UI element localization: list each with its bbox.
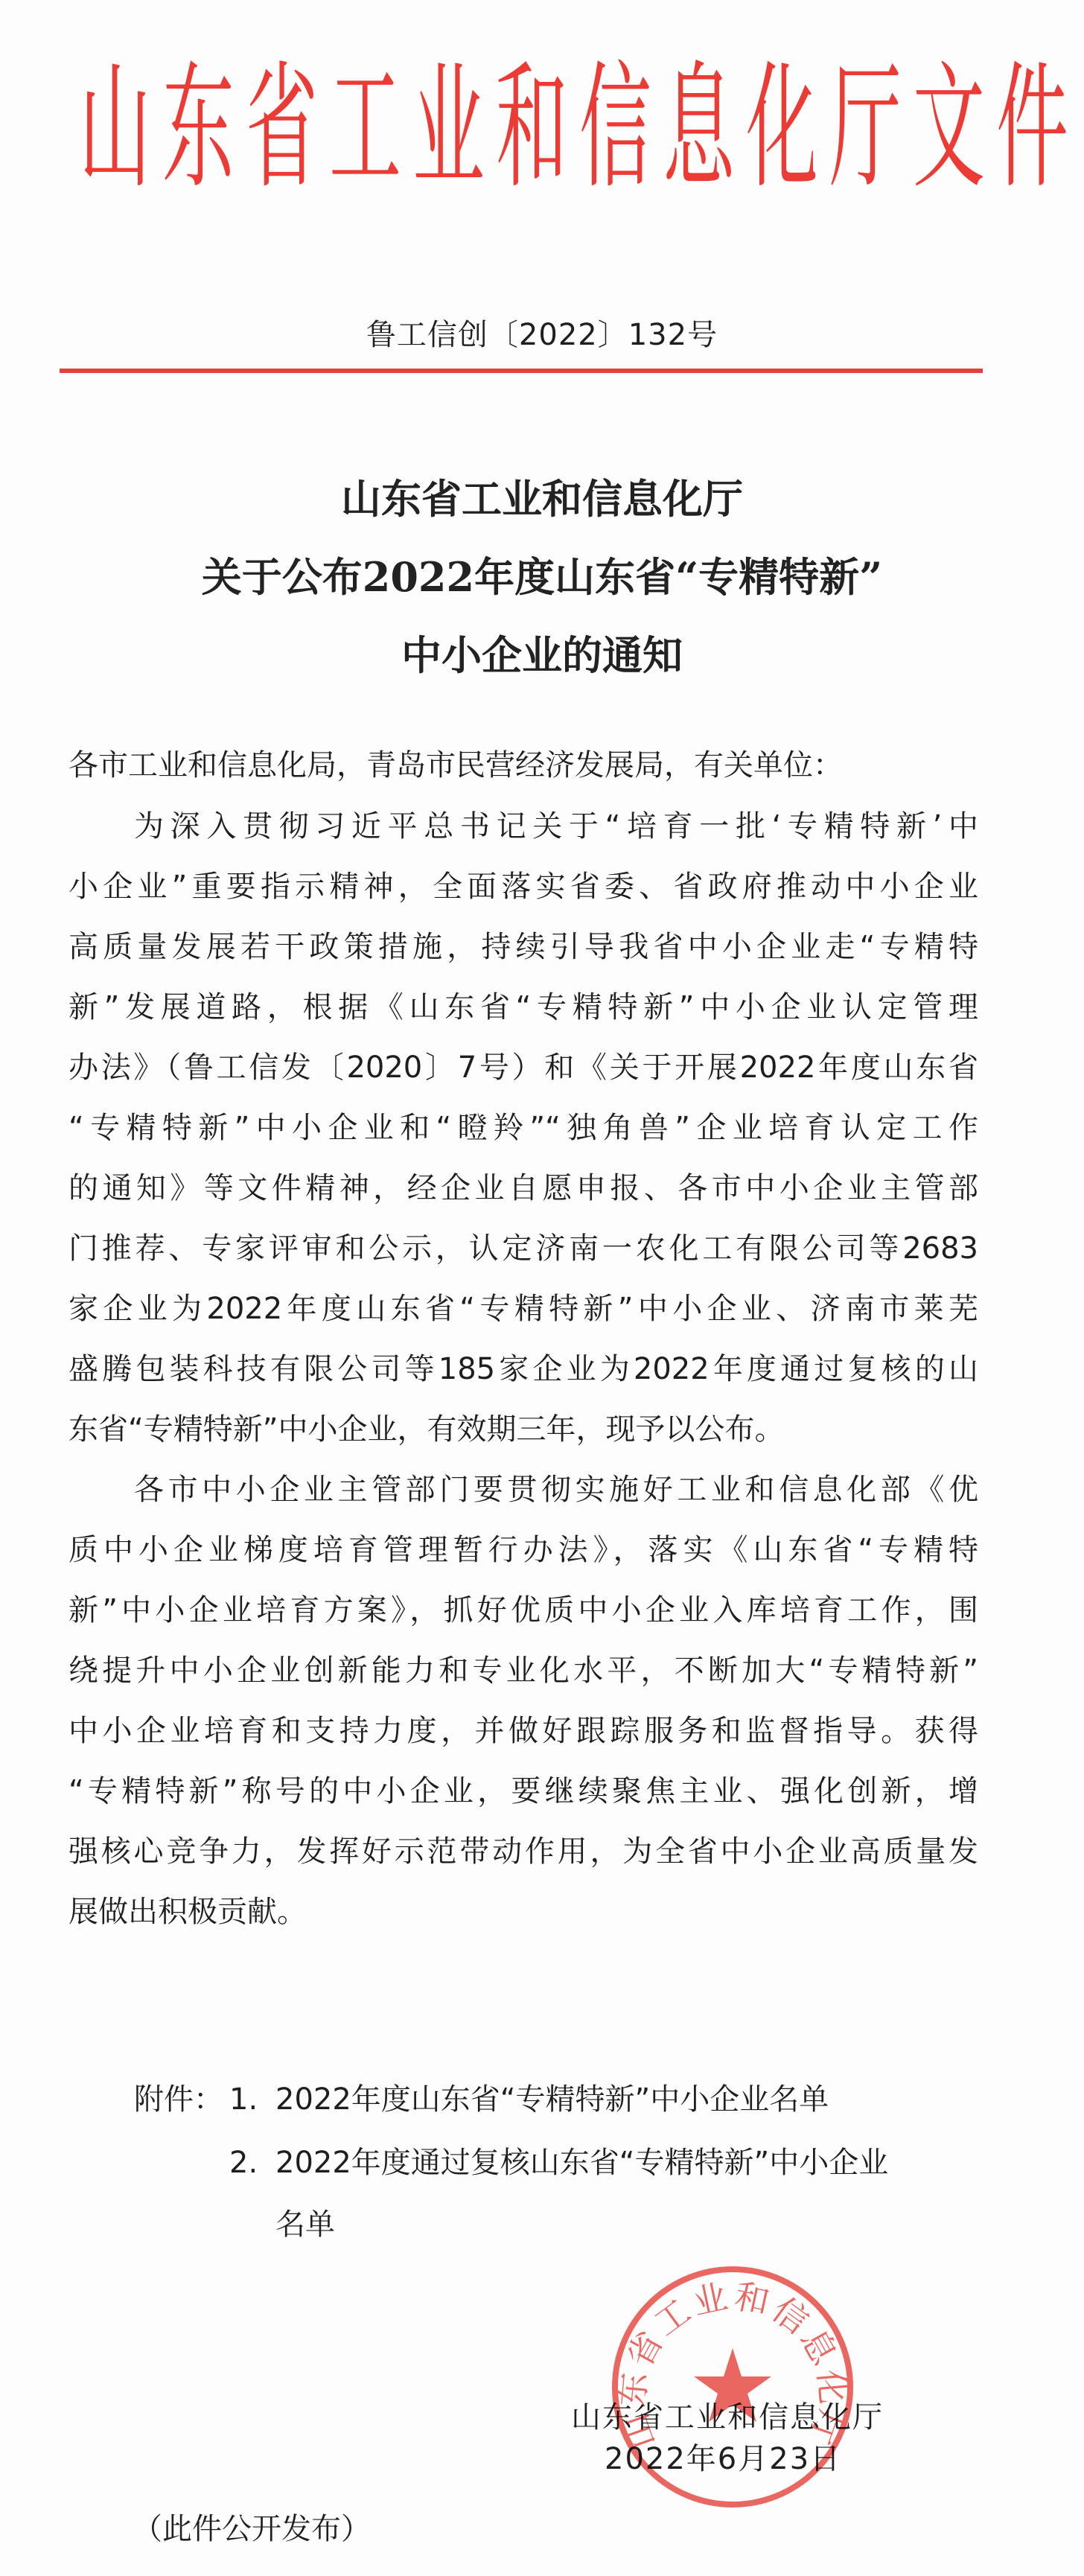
body-line: 新”发展道路，根据《山东省“专精特新”中小企业认定管理: [68, 989, 978, 1026]
seal-star-icon: [694, 2348, 771, 2422]
attachment-2-number: 2.: [229, 2144, 258, 2181]
body-line: 小企业”重要指示精神，全面落实省委、省政府推动中小企业: [68, 868, 978, 905]
official-seal-stamp: 山东省工业和信息化厅: [610, 2265, 855, 2509]
masthead-char: 信: [579, 60, 648, 196]
body-line: 盛腾包装科技有限公司等185家企业为2022年度通过复核的山: [68, 1351, 978, 1388]
headline-line-3: 中小企业的通知: [0, 633, 1084, 678]
masthead-char: 件: [996, 60, 1065, 196]
body-line: 绕提升中小企业创新能力和专业化水平，不断加大“专精特新”: [68, 1652, 978, 1689]
masthead-char: 省: [246, 60, 314, 196]
body-line: 为深入贯彻习近平总书记关于“培育一批‘专精特新’中: [134, 808, 978, 845]
masthead-char: 东: [162, 60, 231, 196]
attachment-1-number: 1.: [229, 2081, 258, 2118]
body-line: 新”中小企业培育方案》，抓好优质中小企业入库培育工作，围: [68, 1592, 978, 1629]
masthead-title: 山 东 省 工 业 和 信 息 化 厅 文 件: [71, 58, 974, 197]
masthead-char: 息: [663, 60, 731, 196]
body-line: 中小企业培育和支持力度，并做好跟踪服务和监督指导。获得: [68, 1712, 978, 1750]
headline-line-2: 关于公布2022年度山东省“专精特新”: [0, 555, 1084, 599]
public-release-note: （此件公开发布）: [133, 2510, 371, 2548]
masthead-char: 和: [496, 60, 564, 196]
masthead-char: 工: [329, 60, 398, 196]
body-line: “专精特新”称号的中小企业，要继续聚焦主业、强化创新，增: [68, 1773, 978, 1810]
body-line: 强核心竞争力，发挥好示范带动作用，为全省中小企业高质量发: [68, 1833, 978, 1870]
body-line: 门推荐、专家评审和公示，认定济南一农化工有限公司等2683: [68, 1230, 978, 1267]
document-page: 山 东 省 工 业 和 信 息 化 厅 文 件 鲁工信创〔2022〕132号 山…: [0, 0, 1084, 2576]
attachment-2-title: 2022年度通过复核山东省“专精特新”中小企业: [275, 2144, 888, 2181]
body-line: 的通知》等文件精神，经企业自愿申报、各市中小企业主管部: [68, 1170, 978, 1207]
document-number: 鲁工信创〔2022〕132号: [0, 316, 1084, 354]
body-line: “专精特新”中小企业和“瞪羚”“独角兽”企业培育认定工作: [68, 1109, 978, 1147]
body-line: 质中小企业梯度培育管理暂行办法》，落实《山东省“专精特: [68, 1531, 978, 1569]
masthead-char: 化: [746, 60, 814, 196]
attachment-2-title-continuation: 名单: [275, 2206, 335, 2243]
masthead-char: 山: [79, 60, 147, 196]
body-line: 高质量发展若干政策措施，持续引导我省中小企业走“专精特: [68, 928, 978, 966]
attachment-1-title: 2022年度山东省“专精特新”中小企业名单: [275, 2081, 829, 2118]
body-line: 东省“专精特新”中小企业，有效期三年，现予以公布。: [68, 1411, 978, 1448]
salutation: 各市工业和信息化局，青岛市民营经济发展局，有关单位：: [68, 747, 978, 784]
body-line: 家企业为2022年度山东省“专精特新”中小企业、济南市莱芜: [68, 1290, 978, 1327]
body-line: 各市中小企业主管部门要贯彻实施好工业和信息化部《优: [134, 1471, 978, 1508]
red-separator-rule: [60, 369, 983, 373]
headline-line-1: 山东省工业和信息化厅: [0, 476, 1084, 521]
masthead-char: 厅: [829, 60, 898, 196]
masthead-char: 文: [913, 60, 981, 196]
attachments-label: 附件：: [134, 2081, 223, 2118]
body-line: 展做出积极贡献。: [68, 1893, 978, 1931]
body-line: 办法》（鲁工信发〔2020〕7号）和《关于开展2022年度山东省: [68, 1049, 978, 1086]
masthead-char: 业: [412, 60, 481, 196]
